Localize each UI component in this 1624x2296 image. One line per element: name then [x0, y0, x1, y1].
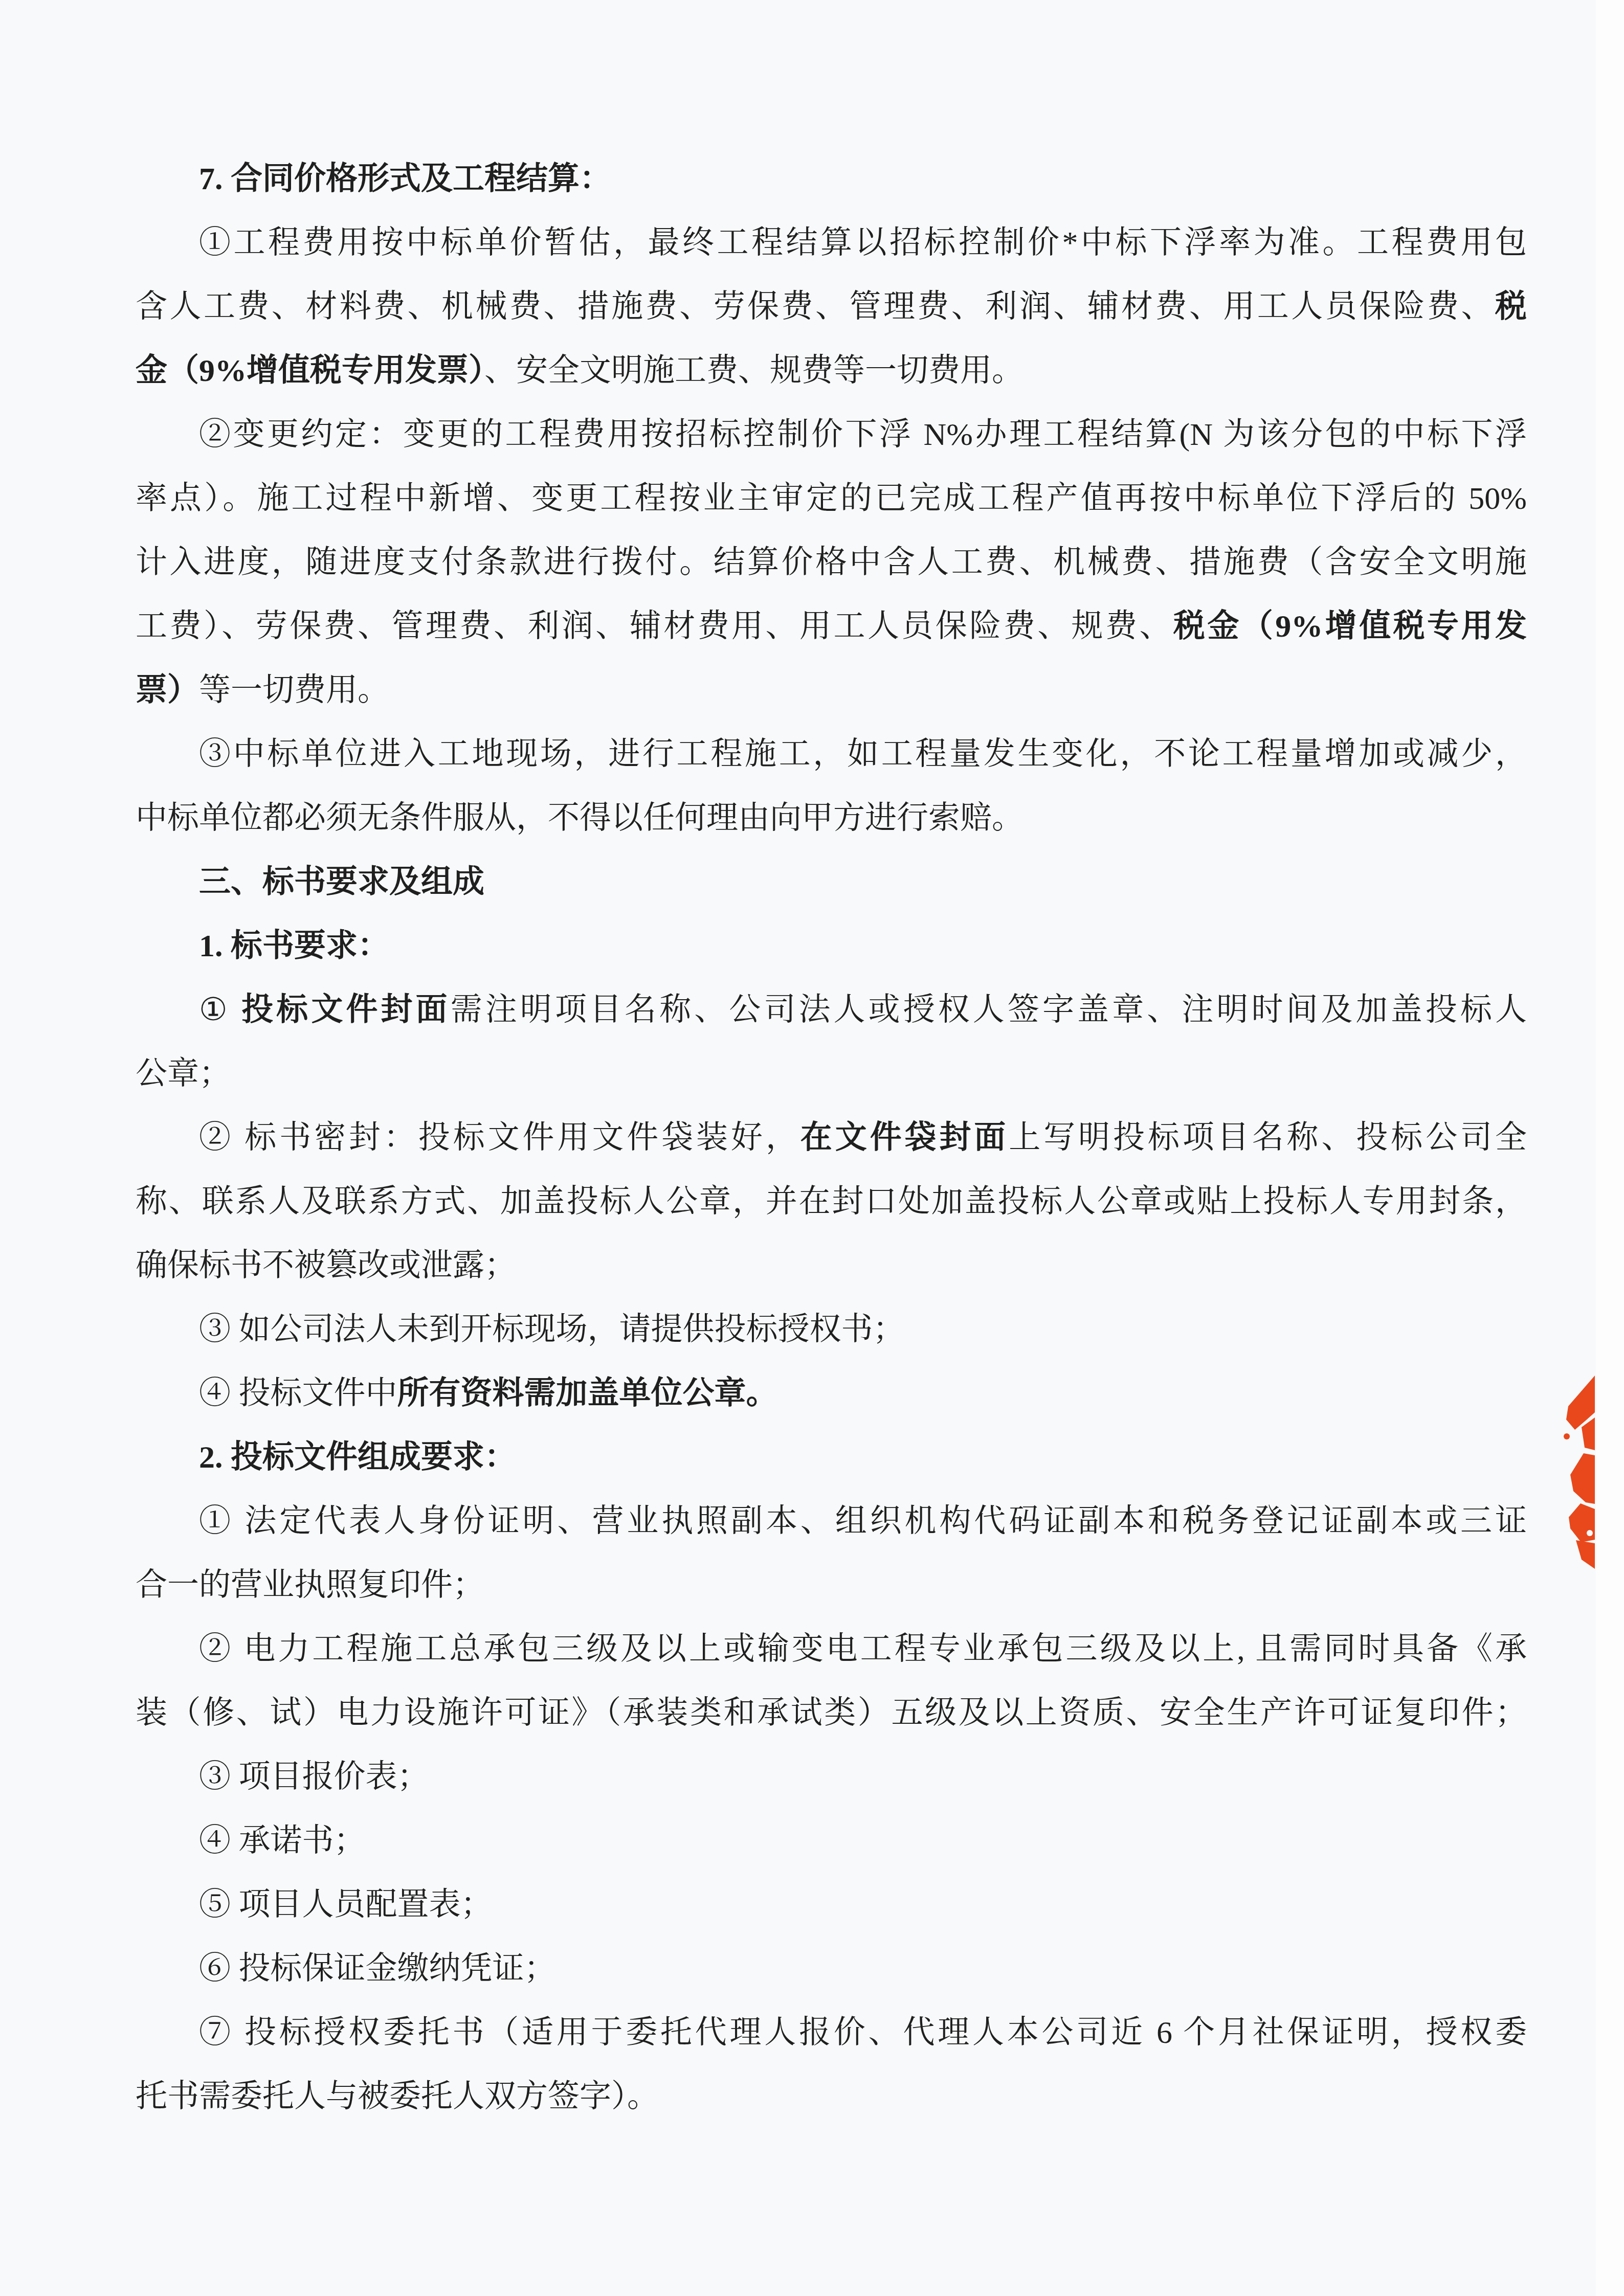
text-run: 装（修、试）电力设施许可证》（承装类和承试类）五级及以上资质、安全生产许可证复印… [136, 1696, 1527, 1730]
bold-text-run: 所有资料需加盖单位公章。 [397, 1376, 778, 1411]
text-line: 2. 投标文件组成要求： [136, 1426, 1527, 1490]
text-run: ④ 投标文件中 [199, 1376, 397, 1411]
bold-text-run: 税 [1495, 289, 1527, 324]
text-line: 金（9%增值税专用发票）、安全文明施工费、规费等一切费用。 [136, 339, 1527, 403]
bold-text-run: 7. 合同价格形式及工程结算： [199, 162, 611, 196]
text-line: ② 电力工程施工总承包三级及以上或输变电工程专业承包三级及以上, 且需同时具备《… [136, 1617, 1527, 1681]
text-run: 托书需委托人与被委托人双方签字）。 [136, 2079, 659, 2114]
text-line: 计入进度，随进度支付条款进行拨付。结算价格中含人工费、机械费、措施费（含安全文明… [136, 531, 1527, 595]
text-line: 率点）。施工过程中新增、变更工程按业主审定的已完成工程产值再按中标单位下浮后的 … [136, 467, 1527, 531]
text-run: 工费）、劳保费、管理费、利润、辅材费用、用工人员保险费、规费、 [136, 609, 1173, 644]
text-run: 合一的营业执照复印件； [136, 1568, 484, 1603]
document-text-block: 7. 合同价格形式及工程结算：①工程费用按中标单价暂估，最终工程结算以招标控制价… [136, 147, 1527, 2129]
text-line: 托书需委托人与被委托人双方签字）。 [136, 2065, 1527, 2129]
text-line: 装（修、试）电力设施许可证》（承装类和承试类）五级及以上资质、安全生产许可证复印… [136, 1681, 1527, 1745]
text-line: ③ 如公司法人未到开标现场，请提供投标授权书； [136, 1298, 1527, 1362]
text-run: 上写明投标项目名称、投标公司全 [1009, 1120, 1527, 1155]
text-line: 含人工费、材料费、机械费、措施费、劳保费、管理费、利润、辅材费、用工人员保险费、… [136, 275, 1527, 339]
bold-text-run: 1. 标书要求： [199, 929, 389, 963]
red-seal-stamp-icon [1560, 1370, 1597, 1572]
text-run: 中标单位都必须无条件服从，不得以任何理由向甲方进行索赔。 [136, 801, 1024, 836]
bold-text-run: 票） [136, 673, 199, 708]
text-run: ① 法定代表人身份证明、营业执照副本、组织机构代码证副本和税务登记证副本或三证 [199, 1504, 1527, 1539]
text-line: 工费）、劳保费、管理费、利润、辅材费用、用工人员保险费、规费、税金（9%增值税专… [136, 595, 1527, 659]
scanned-document-page: 7. 合同价格形式及工程结算：①工程费用按中标单价暂估，最终工程结算以招标控制价… [0, 0, 1624, 2296]
text-line: ⑦ 投标授权委托书（适用于委托代理人报价、代理人本公司近 6 个月社保证明，授权… [136, 2001, 1527, 2065]
bold-text-run: 2. 投标文件组成要求： [199, 1440, 516, 1475]
text-run: ② 标书密封：投标文件用文件袋装好， [199, 1120, 800, 1155]
text-run: 计入进度，随进度支付条款进行拨付。结算价格中含人工费、机械费、措施费（含安全文明… [136, 545, 1527, 580]
text-line: ①工程费用按中标单价暂估，最终工程结算以招标控制价*中标下浮率为准。工程费用包 [136, 211, 1527, 275]
text-run: ② 电力工程施工总承包三级及以上或输变电工程专业承包三级及以上, 且需同时具备《… [199, 1632, 1527, 1667]
scan-edge-strip [1596, 0, 1624, 2296]
text-run: 、安全文明施工费、规费等一切费用。 [484, 353, 1024, 388]
text-line: ⑥ 投标保证金缴纳凭证； [136, 1937, 1527, 2001]
text-line: 公章； [136, 1042, 1527, 1106]
text-run: ④ 承诺书； [199, 1824, 366, 1858]
text-line: 三、标书要求及组成 [136, 850, 1527, 914]
bold-text-run: 金（9%增值税专用发票） [136, 353, 484, 388]
text-line: ④ 承诺书； [136, 1809, 1527, 1873]
text-run: 率点）。施工过程中新增、变更工程按业主审定的已完成工程产值再按中标单位下浮后的 … [136, 481, 1527, 516]
text-line: ③ 项目报价表； [136, 1745, 1527, 1809]
text-run: ③中标单位进入工地现场，进行工程施工，如工程量发生变化，不论工程量增加或减少， [199, 737, 1527, 772]
text-line: 7. 合同价格形式及工程结算： [136, 147, 1527, 211]
text-line: ③中标单位进入工地现场，进行工程施工，如工程量发生变化，不论工程量增加或减少， [136, 723, 1527, 786]
text-run: ⑤ 项目人员配置表； [199, 1887, 493, 1922]
text-run: 需注明项目名称、公司法人或授权人签字盖章、注明时间及加盖投标人 [451, 993, 1527, 1027]
text-run: ③ 如公司法人未到开标现场，请提供投标授权书； [199, 1312, 905, 1347]
text-run: ③ 项目报价表； [199, 1760, 429, 1794]
text-line: ② 标书密封：投标文件用文件袋装好，在文件袋封面上写明投标项目名称、投标公司全 [136, 1106, 1527, 1170]
text-line: 确保标书不被篡改或泄露； [136, 1234, 1527, 1298]
text-line: 中标单位都必须无条件服从，不得以任何理由向甲方进行索赔。 [136, 786, 1527, 850]
text-run: ①工程费用按中标单价暂估，最终工程结算以招标控制价*中标下浮率为准。工程费用包 [199, 226, 1527, 260]
text-run: ⑦ 投标授权委托书（适用于委托代理人报价、代理人本公司近 6 个月社保证明，授权… [199, 2015, 1527, 2050]
text-run: 公章； [136, 1056, 231, 1091]
bold-text-run: 在文件袋封面 [800, 1120, 1009, 1155]
text-line: 合一的营业执照复印件； [136, 1554, 1527, 1617]
text-run: 等一切费用。 [199, 673, 389, 708]
text-run: 称、联系人及联系方式、加盖投标人公章，并在封口处加盖投标人公章或贴上投标人专用封… [136, 1184, 1527, 1219]
text-line: 票）等一切费用。 [136, 659, 1527, 723]
text-run: ① [199, 993, 241, 1027]
bold-text-run: 税金（9%增值税专用发 [1173, 609, 1527, 644]
text-line: 称、联系人及联系方式、加盖投标人公章，并在封口处加盖投标人公章或贴上投标人专用封… [136, 1170, 1527, 1234]
text-line: ⑤ 项目人员配置表； [136, 1873, 1527, 1937]
text-line: ① 投标文件封面需注明项目名称、公司法人或授权人签字盖章、注明时间及加盖投标人 [136, 978, 1527, 1042]
text-run: ②变更约定：变更的工程费用按招标控制价下浮 N%办理工程结算(N 为该分包的中标… [199, 417, 1527, 452]
text-run: 含人工费、材料费、机械费、措施费、劳保费、管理费、利润、辅材费、用工人员保险费、 [136, 289, 1495, 324]
bold-text-run: 三、标书要求及组成 [199, 865, 484, 899]
text-run: ⑥ 投标保证金缴纳凭证； [199, 1951, 556, 1986]
text-line: ① 法定代表人身份证明、营业执照副本、组织机构代码证副本和税务登记证副本或三证 [136, 1490, 1527, 1554]
text-run: 确保标书不被篡改或泄露； [136, 1248, 516, 1283]
text-line: ④ 投标文件中所有资料需加盖单位公章。 [136, 1362, 1527, 1426]
bold-text-run: 投标文件封面 [241, 993, 450, 1027]
text-line: 1. 标书要求： [136, 914, 1527, 978]
text-line: ②变更约定：变更的工程费用按招标控制价下浮 N%办理工程结算(N 为该分包的中标… [136, 403, 1527, 467]
